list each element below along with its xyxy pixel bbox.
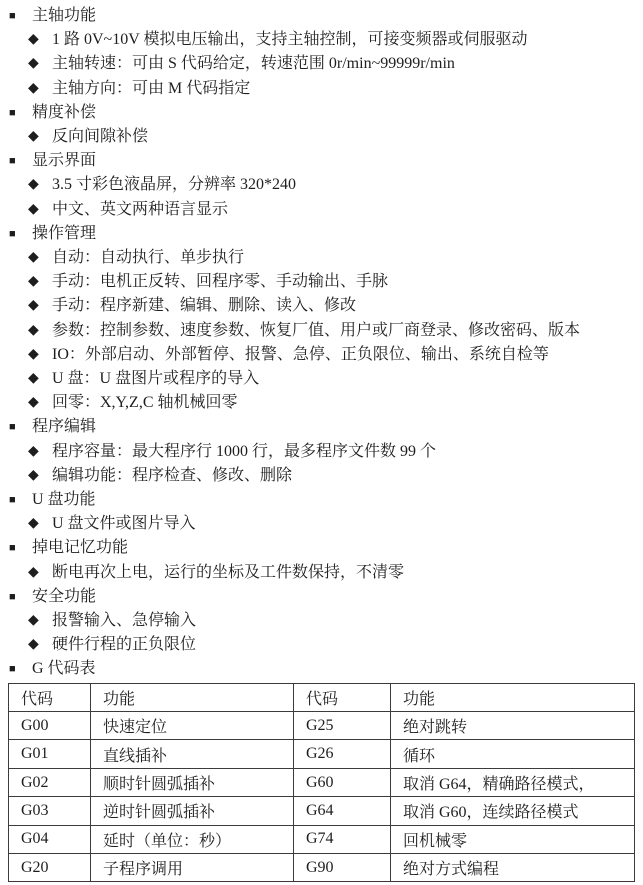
- feature-item: ◆U 盘：U 盘图片或程序的导入: [8, 367, 635, 391]
- feature-item-text: 3.5 寸彩色液晶屏，分辨率 320*240: [52, 176, 296, 193]
- gcode-code-cell: G20: [9, 854, 91, 882]
- diamond-bullet-icon: ◆: [28, 512, 39, 536]
- section-heading: ■安全功能: [8, 585, 635, 609]
- feature-item: ◆IO：外部启动、外部暂停、报警、急停、正负限位、输出、系统自检等: [8, 343, 635, 367]
- feature-item-text: 参数：控制参数、速度参数、恢复厂值、用户或厂商登录、修改密码、版本: [52, 322, 580, 339]
- gcode-table-row: G02顺时针圆弧插补G60取消 G64，精确路径模式，: [9, 768, 635, 796]
- feature-item: ◆编辑功能：程序检查、修改、删除: [8, 464, 635, 488]
- feature-item-text: IO：外部启动、外部暂停、报警、急停、正负限位、输出、系统自检等: [52, 346, 549, 363]
- feature-item: ◆回零：X,Y,Z,C 轴机械回零: [8, 391, 635, 415]
- gcode-function-cell: 快速定位: [91, 712, 294, 740]
- gcode-function-cell: 取消 G64，精确路径模式，: [391, 768, 635, 796]
- diamond-bullet-icon: ◆: [28, 440, 39, 464]
- feature-item: ◆反向间隙补偿: [8, 125, 635, 149]
- square-bullet-icon: ■: [9, 488, 16, 512]
- section-heading: ■G 代码表: [8, 657, 635, 681]
- feature-item-text: 回零：X,Y,Z,C 轴机械回零: [52, 394, 238, 411]
- section-heading: ■精度补偿: [8, 101, 635, 125]
- feature-item: ◆手动：程序新建、编辑、删除、读入、修改: [8, 294, 635, 318]
- square-bullet-icon: ■: [9, 657, 16, 681]
- gcode-table: 代码功能代码功能 G00快速定位G25绝对跳转G01直线插补G26循环G02顺时…: [8, 683, 635, 883]
- diamond-bullet-icon: ◆: [28, 319, 39, 343]
- feature-item-text: 1 路 0V~10V 模拟电压输出，支持主轴控制，可接变频器或伺服驱动: [52, 31, 527, 48]
- document-page: ■主轴功能◆1 路 0V~10V 模拟电压输出，支持主轴控制，可接变频器或伺服驱…: [0, 0, 643, 882]
- gcode-column-header: 代码: [9, 683, 91, 711]
- gcode-code-cell: G04: [9, 825, 91, 853]
- gcode-header-row: 代码功能代码功能: [9, 683, 635, 711]
- section-heading: ■掉电记忆功能: [8, 536, 635, 560]
- gcode-function-cell: 循环: [391, 740, 635, 768]
- feature-item: ◆报警输入、急停输入: [8, 609, 635, 633]
- square-bullet-icon: ■: [9, 4, 16, 28]
- section-heading-text: 显示界面: [32, 152, 96, 169]
- diamond-bullet-icon: ◆: [28, 343, 39, 367]
- section-heading-text: 操作管理: [32, 225, 96, 242]
- gcode-function-cell: 绝对跳转: [391, 712, 635, 740]
- section-heading-text: 掉电记忆功能: [32, 539, 128, 556]
- square-bullet-icon: ■: [9, 222, 16, 246]
- section-heading-text: 主轴功能: [32, 7, 96, 24]
- feature-item: ◆主轴转速：可由 S 代码给定，转速范围 0r/min~99999r/min: [8, 52, 635, 76]
- diamond-bullet-icon: ◆: [28, 609, 39, 633]
- feature-item-text: 硬件行程的正负限位: [52, 636, 196, 653]
- gcode-code-cell: G64: [294, 797, 391, 825]
- diamond-bullet-icon: ◆: [28, 270, 39, 294]
- gcode-table-row: G04延时（单位：秒）G74回机械零: [9, 825, 635, 853]
- diamond-bullet-icon: ◆: [28, 173, 39, 197]
- section-heading: ■显示界面: [8, 149, 635, 173]
- feature-item-text: 断电再次上电，运行的坐标及工件数保持，不清零: [52, 564, 404, 581]
- gcode-table-row: G00快速定位G25绝对跳转: [9, 712, 635, 740]
- gcode-function-cell: 子程序调用: [91, 854, 294, 882]
- gcode-function-cell: 回机械零: [391, 825, 635, 853]
- section-heading-text: 程序编辑: [32, 418, 96, 435]
- gcode-code-cell: G60: [294, 768, 391, 796]
- section-heading: ■操作管理: [8, 222, 635, 246]
- feature-item: ◆U 盘文件或图片导入: [8, 512, 635, 536]
- diamond-bullet-icon: ◆: [28, 246, 39, 270]
- feature-item: ◆3.5 寸彩色液晶屏，分辨率 320*240: [8, 173, 635, 197]
- feature-item-text: 手动：程序新建、编辑、删除、读入、修改: [52, 297, 356, 314]
- gcode-function-cell: 顺时针圆弧插补: [91, 768, 294, 796]
- gcode-table-row: G03逆时针圆弧插补G64取消 G60，连续路径模式: [9, 797, 635, 825]
- feature-item-text: 报警输入、急停输入: [52, 612, 196, 629]
- gcode-code-cell: G03: [9, 797, 91, 825]
- gcode-column-header: 代码: [294, 683, 391, 711]
- diamond-bullet-icon: ◆: [28, 391, 39, 415]
- feature-item: ◆中文、英文两种语言显示: [8, 198, 635, 222]
- gcode-code-cell: G74: [294, 825, 391, 853]
- section-heading-text: 安全功能: [32, 588, 96, 605]
- feature-item: ◆程序容量：最大程序行 1000 行，最多程序文件数 99 个: [8, 440, 635, 464]
- diamond-bullet-icon: ◆: [28, 294, 39, 318]
- diamond-bullet-icon: ◆: [28, 198, 39, 222]
- feature-item: ◆断电再次上电，运行的坐标及工件数保持，不清零: [8, 561, 635, 585]
- gcode-code-cell: G26: [294, 740, 391, 768]
- section-heading: ■U 盘功能: [8, 488, 635, 512]
- gcode-code-cell: G02: [9, 768, 91, 796]
- feature-item: ◆参数：控制参数、速度参数、恢复厂值、用户或厂商登录、修改密码、版本: [8, 319, 635, 343]
- section-heading: ■程序编辑: [8, 415, 635, 439]
- gcode-function-cell: 直线插补: [91, 740, 294, 768]
- square-bullet-icon: ■: [9, 101, 16, 125]
- gcode-column-header: 功能: [91, 683, 294, 711]
- gcode-function-cell: 取消 G60，连续路径模式: [391, 797, 635, 825]
- section-heading-text: U 盘功能: [32, 491, 96, 508]
- section-heading: ■主轴功能: [8, 4, 635, 28]
- feature-item: ◆自动：自动执行、单步执行: [8, 246, 635, 270]
- diamond-bullet-icon: ◆: [28, 633, 39, 657]
- feature-item-text: 中文、英文两种语言显示: [52, 201, 228, 218]
- feature-list: ■主轴功能◆1 路 0V~10V 模拟电压输出，支持主轴控制，可接变频器或伺服驱…: [8, 4, 635, 682]
- gcode-table-row: G01直线插补G26循环: [9, 740, 635, 768]
- feature-item-text: 反向间隙补偿: [52, 128, 148, 145]
- diamond-bullet-icon: ◆: [28, 77, 39, 101]
- gcode-function-cell: 逆时针圆弧插补: [91, 797, 294, 825]
- feature-item-text: 主轴转速：可由 S 代码给定，转速范围 0r/min~99999r/min: [52, 55, 455, 72]
- gcode-code-cell: G01: [9, 740, 91, 768]
- diamond-bullet-icon: ◆: [28, 125, 39, 149]
- gcode-code-cell: G25: [294, 712, 391, 740]
- feature-item: ◆1 路 0V~10V 模拟电压输出，支持主轴控制，可接变频器或伺服驱动: [8, 28, 635, 52]
- diamond-bullet-icon: ◆: [28, 561, 39, 585]
- gcode-function-cell: 延时（单位：秒）: [91, 825, 294, 853]
- section-heading-text: 精度补偿: [32, 104, 96, 121]
- diamond-bullet-icon: ◆: [28, 464, 39, 488]
- feature-item-text: 程序容量：最大程序行 1000 行，最多程序文件数 99 个: [52, 443, 436, 460]
- feature-item-text: 编辑功能：程序检查、修改、删除: [52, 467, 292, 484]
- square-bullet-icon: ■: [9, 149, 16, 173]
- gcode-function-cell: 绝对方式编程: [391, 854, 635, 882]
- gcode-code-cell: G00: [9, 712, 91, 740]
- square-bullet-icon: ■: [9, 415, 16, 439]
- square-bullet-icon: ■: [9, 585, 16, 609]
- feature-item-text: 手动：电机正反转、回程序零、手动输出、手脉: [52, 273, 388, 290]
- feature-item-text: U 盘文件或图片导入: [52, 515, 196, 532]
- feature-item: ◆主轴方向：可由 M 代码指定: [8, 77, 635, 101]
- gcode-code-cell: G90: [294, 854, 391, 882]
- gcode-column-header: 功能: [391, 683, 635, 711]
- feature-item-text: 主轴方向：可由 M 代码指定: [52, 80, 250, 97]
- diamond-bullet-icon: ◆: [28, 367, 39, 391]
- gcode-table-row: G20子程序调用G90绝对方式编程: [9, 854, 635, 882]
- square-bullet-icon: ■: [9, 536, 16, 560]
- section-heading-text: G 代码表: [32, 660, 96, 677]
- feature-item: ◆硬件行程的正负限位: [8, 633, 635, 657]
- diamond-bullet-icon: ◆: [28, 28, 39, 52]
- feature-item: ◆手动：电机正反转、回程序零、手动输出、手脉: [8, 270, 635, 294]
- feature-item-text: 自动：自动执行、单步执行: [52, 249, 244, 266]
- diamond-bullet-icon: ◆: [28, 52, 39, 76]
- feature-item-text: U 盘：U 盘图片或程序的导入: [52, 370, 259, 387]
